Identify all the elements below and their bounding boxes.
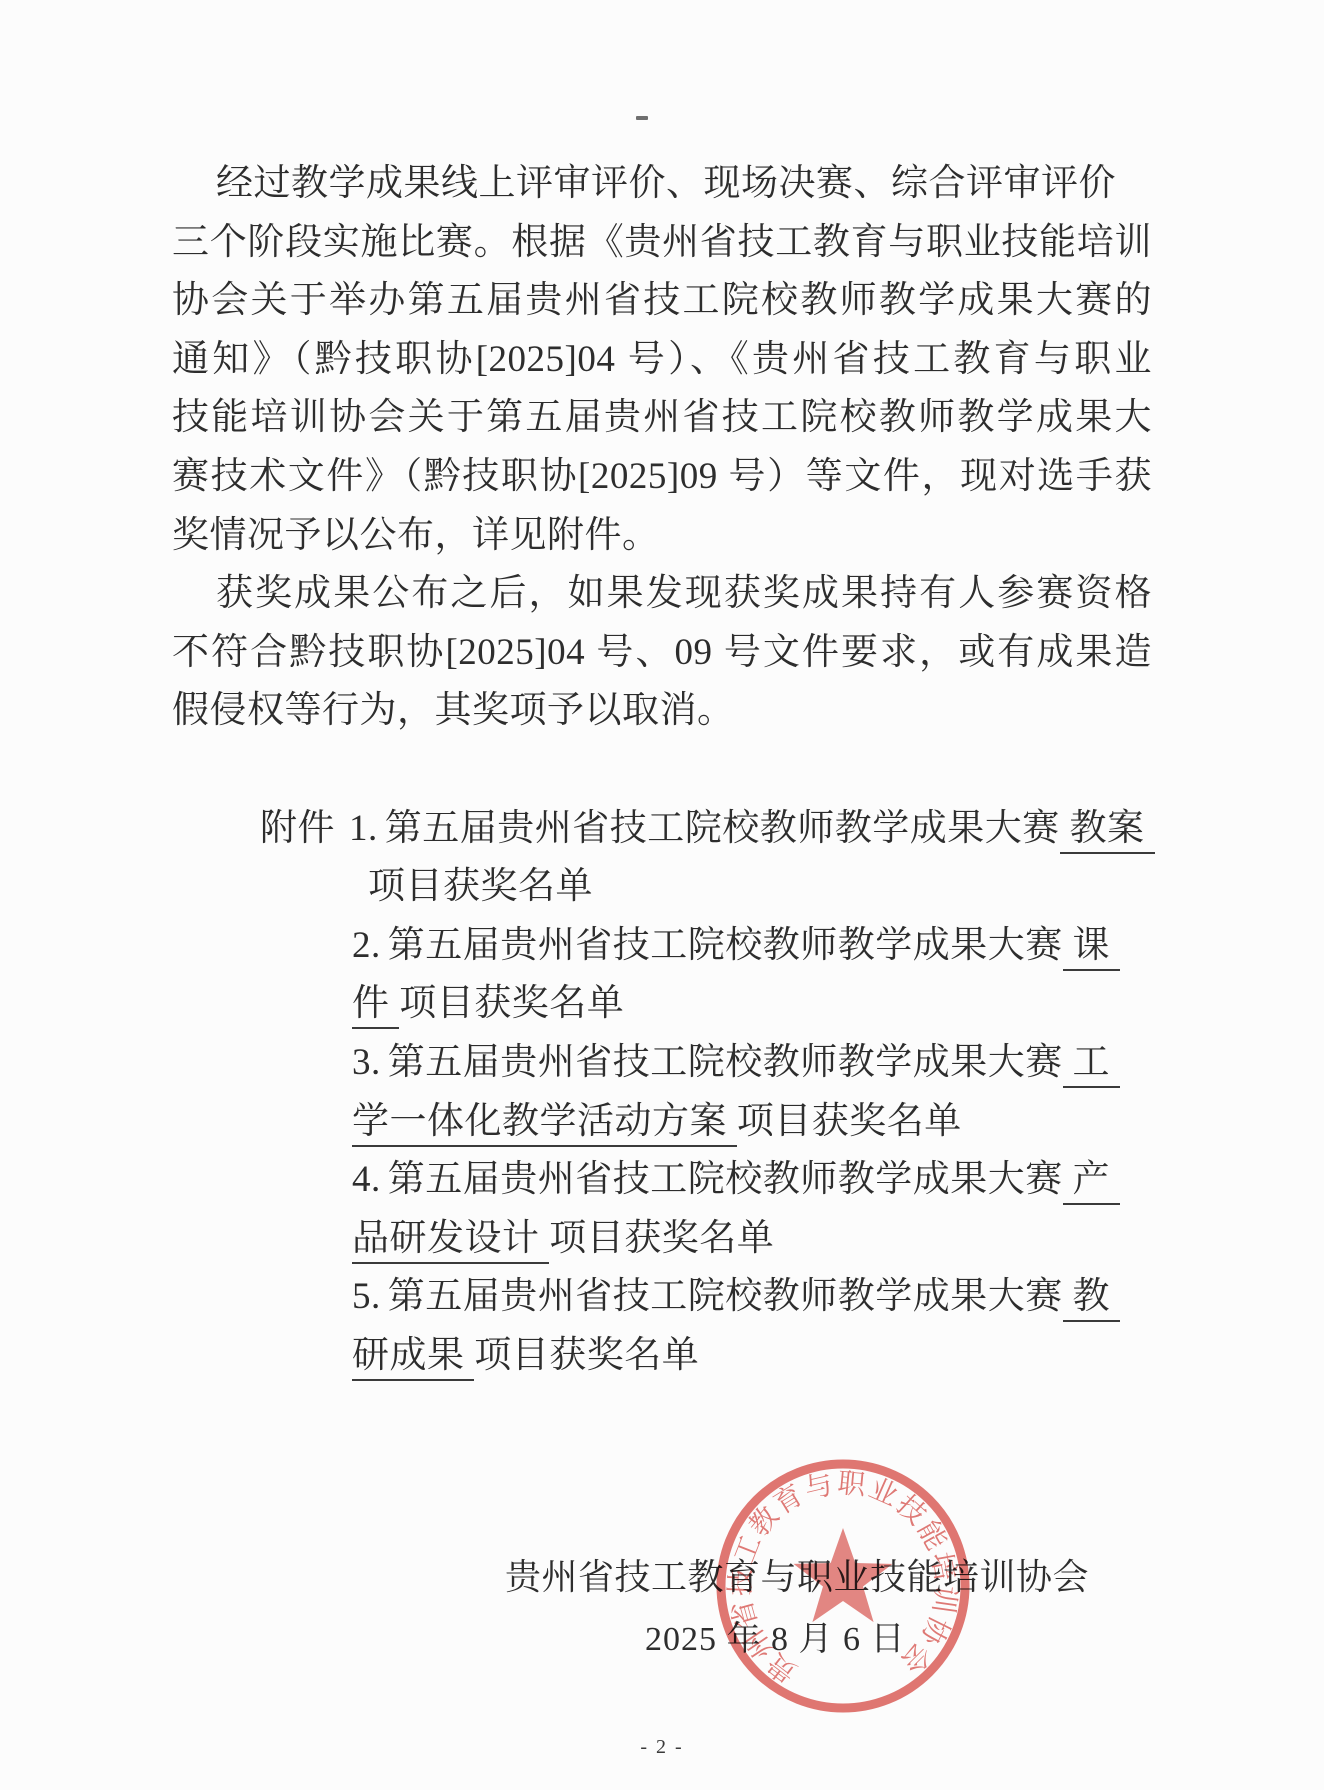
attachment-line: 5.第五届贵州省技工院校教师教学成果大赛 教 <box>172 1268 1152 1327</box>
attachment-line: 4.第五届贵州省技工院校教师教学成果大赛 产 <box>172 1151 1152 1210</box>
attachment-line: 研成果 项目获奖名单 <box>172 1327 1152 1386</box>
text-line: 假侵权等行为，其奖项予以取消。 <box>172 682 1152 741</box>
attachment-item-suffix: 项目获奖名单 <box>368 866 593 907</box>
attachment-item-suffix: 项目获奖名单 <box>474 1335 699 1376</box>
underlined-category: 教案 <box>1060 808 1155 854</box>
underlined-category: 学一体化教学活动方案 <box>352 1101 737 1147</box>
text-line: 协会关于举办第五届贵州省技工院校教师教学成果大赛的 <box>172 272 1152 331</box>
underlined-category: 品研发设计 <box>352 1218 549 1264</box>
underlined-category: 课 <box>1063 925 1120 971</box>
attachment-item-number: 5. <box>352 1276 381 1317</box>
attachment-item-title: 第五届贵州省技工院校教师教学成果大赛 <box>388 1159 1063 1200</box>
attachment-line: 3.第五届贵州省技工院校教师教学成果大赛 工 <box>172 1034 1152 1093</box>
document-page: 经过教学成果线上评审评价、现场决赛、综合评审评价 三个阶段实施比赛。根据《贵州省… <box>0 0 1324 1790</box>
underlined-category: 产 <box>1063 1159 1120 1205</box>
scan-artifact-dash <box>636 116 648 120</box>
text-line: 经过教学成果线上评审评价、现场决赛、综合评审评价 <box>172 155 1152 214</box>
attachment-item-title: 第五届贵州省技工院校教师教学成果大赛 <box>388 1276 1063 1317</box>
text-line: 通知》（黔技职协[2025]04 号）、《贵州省技工教育与职业 <box>172 331 1152 390</box>
attachment-item-number: 1. <box>349 808 378 849</box>
underlined-category: 件 <box>352 983 399 1029</box>
attachment-line: 2.第五届贵州省技工院校教师教学成果大赛 课 <box>172 917 1152 976</box>
attachment-item-title: 第五届贵州省技工院校教师教学成果大赛 <box>385 808 1060 849</box>
underlined-category: 教 <box>1063 1276 1120 1322</box>
text-line: 赛技术文件》（黔技职协[2025]09 号）等文件，现对选手获 <box>172 448 1152 507</box>
attachment-list: 附件1.第五届贵州省技工院校教师教学成果大赛 教案 项目获奖名单 2.第五届贵州… <box>172 800 1152 1386</box>
attachment-item-suffix: 项目获奖名单 <box>399 983 624 1024</box>
text-line: 技能培训协会关于第五届贵州省技工院校教师教学成果大 <box>172 389 1152 448</box>
attachment-line: 件 项目获奖名单 <box>172 975 1152 1034</box>
attachment-item-suffix: 项目获奖名单 <box>737 1101 962 1142</box>
attachment-line: 学一体化教学活动方案 项目获奖名单 <box>172 1093 1152 1152</box>
text-line: 获奖成果公布之后，如果发现获奖成果持有人参赛资格 <box>172 565 1152 624</box>
underlined-category: 研成果 <box>352 1335 474 1381</box>
attachment-line: 附件1.第五届贵州省技工院校教师教学成果大赛 教案 <box>172 800 1152 859</box>
text-line: 三个阶段实施比赛。根据《贵州省技工教育与职业技能培训 <box>172 214 1152 273</box>
attachment-item-number: 2. <box>352 925 381 966</box>
attachment-item-number: 3. <box>352 1042 381 1083</box>
page-number: - 2 - <box>0 1736 1324 1759</box>
attachment-item-number: 4. <box>352 1159 381 1200</box>
paragraph-2: 获奖成果公布之后，如果发现获奖成果持有人参赛资格 不符合黔技职协[2025]04… <box>172 565 1152 741</box>
attachment-line: 项目获奖名单 <box>172 858 1152 917</box>
attachment-item-title: 第五届贵州省技工院校教师教学成果大赛 <box>388 925 1063 966</box>
text-line: 奖情况予以公布，详见附件。 <box>172 507 1152 566</box>
paragraph-1: 经过教学成果线上评审评价、现场决赛、综合评审评价 三个阶段实施比赛。根据《贵州省… <box>172 155 1152 565</box>
star-icon <box>794 1528 893 1622</box>
attachment-item-title: 第五届贵州省技工院校教师教学成果大赛 <box>388 1042 1063 1083</box>
underlined-category: 工 <box>1063 1042 1120 1088</box>
official-seal: 贵州省技工教育与职业技能培训协会 <box>703 1446 983 1726</box>
attachment-label: 附件 <box>260 808 335 849</box>
document-body: 经过教学成果线上评审评价、现场决赛、综合评审评价 三个阶段实施比赛。根据《贵州省… <box>172 155 1152 1385</box>
text-line: 不符合黔技职协[2025]04 号、09 号文件要求，或有成果造 <box>172 624 1152 683</box>
attachment-line: 品研发设计 项目获奖名单 <box>172 1210 1152 1269</box>
attachment-item-suffix: 项目获奖名单 <box>549 1218 774 1259</box>
